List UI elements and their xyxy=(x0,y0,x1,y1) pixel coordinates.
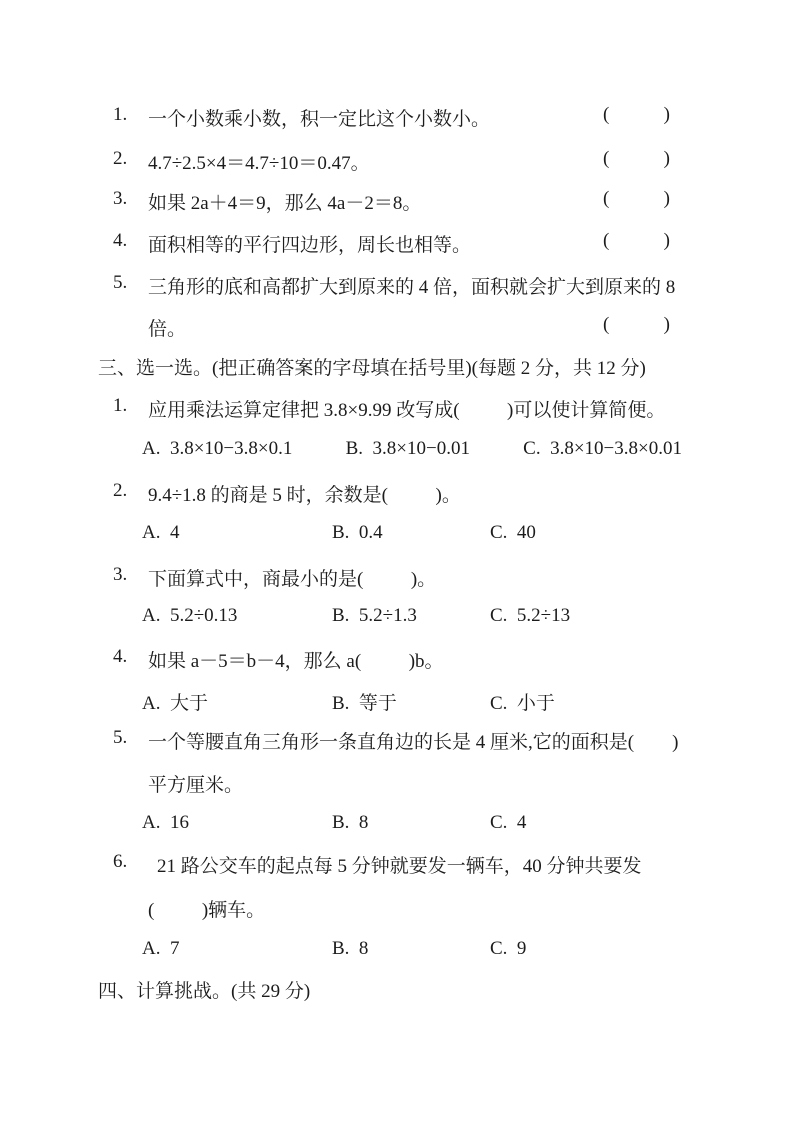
question-number: 1. xyxy=(113,395,127,417)
option-c: C. 5.2÷13 xyxy=(490,605,570,627)
question-text: 平方厘米。 xyxy=(148,770,243,797)
paren-close: ) xyxy=(664,314,670,336)
option-b: B. 等于 xyxy=(332,688,397,715)
choice-question-row: 3. 下面算式中，商最小的是( )。 xyxy=(0,564,793,591)
question-text: 一个小数乘小数，积一定比这个小数小。 xyxy=(148,104,490,131)
option-c: C. 40 xyxy=(490,522,536,544)
option-a: A. 3.8×10−3.8×0.1 xyxy=(142,438,292,460)
option-b: B. 8 xyxy=(332,938,368,960)
option-b: B. 8 xyxy=(332,812,368,834)
answer-paren: ( ) xyxy=(603,104,670,126)
option-a: A. 16 xyxy=(142,812,189,834)
paren-open: ( xyxy=(603,148,609,170)
answer-paren: ( ) xyxy=(603,148,670,170)
choice-question-row: 4. 如果 a－5＝b－4，那么 a( )b。 xyxy=(0,646,793,673)
question-number: 2. xyxy=(113,148,127,170)
question-text: 应用乘法运算定律把 3.8×9.99 改写成( )可以使计算简便。 xyxy=(148,395,665,422)
choice-question-row-continued: ( )辆车。 xyxy=(0,895,793,922)
choice-options-row: A. 大于 B. 等于 C. 小于 xyxy=(0,688,793,715)
paren-close: ) xyxy=(664,230,670,252)
question-text: 倍。 xyxy=(148,314,186,341)
option-c: C. 4 xyxy=(490,812,526,834)
option-b: B. 3.8×10−0.01 xyxy=(346,438,470,460)
section-header: 三、选一选。(把正确答案的字母填在括号里)(每题 2 分，共 12 分) xyxy=(98,353,646,380)
exam-document: 1. 一个小数乘小数，积一定比这个小数小。 ( ) 2. 4.7÷2.5×4＝4… xyxy=(0,0,793,1122)
choice-question-row: 6. 21 路公交车的起点每 5 分钟就要发一辆车，40 分钟共要发 xyxy=(0,851,793,878)
option-b: B. 5.2÷1.3 xyxy=(332,605,417,627)
paren-close: ) xyxy=(664,148,670,170)
question-text: 一个等腰直角三角形一条直角边的长是 4 厘米,它的面积是( ) xyxy=(148,727,678,754)
option-a: A. 大于 xyxy=(142,688,208,715)
question-number: 6. xyxy=(113,851,127,873)
question-number: 1. xyxy=(113,104,127,126)
paren-open: ( xyxy=(603,104,609,126)
question-text: 三角形的底和高都扩大到原来的 4 倍，面积就会扩大到原来的 8 xyxy=(148,272,675,299)
question-number: 5. xyxy=(113,272,127,294)
question-text: 9.4÷1.8 的商是 5 时，余数是( )。 xyxy=(148,480,461,507)
section-header: 四、计算挑战。(共 29 分) xyxy=(98,976,310,1003)
option-a: A. 5.2÷0.13 xyxy=(142,605,237,627)
judge-question-row: 1. 一个小数乘小数，积一定比这个小数小。 ( ) xyxy=(0,104,793,131)
option-b: B. 0.4 xyxy=(332,522,383,544)
question-number: 3. xyxy=(113,188,127,210)
question-number: 3. xyxy=(113,564,127,586)
option-c: C. 9 xyxy=(490,938,526,960)
question-number: 4. xyxy=(113,230,127,252)
question-number: 5. xyxy=(113,727,127,749)
paren-open: ( xyxy=(603,314,609,336)
question-text: 如果 a－5＝b－4，那么 a( )b。 xyxy=(148,646,444,673)
option-c: C. 小于 xyxy=(490,688,555,715)
question-text: 面积相等的平行四边形，周长也相等。 xyxy=(148,230,471,257)
question-number: 2. xyxy=(113,480,127,502)
judge-question-row: 5. 三角形的底和高都扩大到原来的 4 倍，面积就会扩大到原来的 8 xyxy=(0,272,793,299)
paren-close: ) xyxy=(664,188,670,210)
answer-paren: ( ) xyxy=(603,188,670,210)
choice-question-row: 2. 9.4÷1.8 的商是 5 时，余数是( )。 xyxy=(0,480,793,507)
choice-options-row: A. 3.8×10−3.8×0.1 B. 3.8×10−0.01 C. 3.8×… xyxy=(0,438,793,465)
section-header-row: 四、计算挑战。(共 29 分) xyxy=(0,976,793,1003)
option-a: A. 7 xyxy=(142,938,179,960)
question-text: 4.7÷2.5×4＝4.7÷10＝0.47。 xyxy=(148,148,370,175)
answer-paren: ( ) xyxy=(603,314,670,336)
choice-options-row: A. 5.2÷0.13 B. 5.2÷1.3 C. 5.2÷13 xyxy=(0,605,793,632)
question-text: 如果 2a＋4＝9，那么 4a－2＝8。 xyxy=(148,188,421,215)
choice-question-row: 5. 一个等腰直角三角形一条直角边的长是 4 厘米,它的面积是( ) xyxy=(0,727,793,754)
judge-question-row: 2. 4.7÷2.5×4＝4.7÷10＝0.47。 ( ) xyxy=(0,148,793,175)
paren-close: ) xyxy=(664,104,670,126)
choice-question-row-continued: 平方厘米。 xyxy=(0,770,793,797)
paren-open: ( xyxy=(603,230,609,252)
paren-open: ( xyxy=(603,188,609,210)
options-wide: A. 3.8×10−3.8×0.1 B. 3.8×10−0.01 C. 3.8×… xyxy=(142,438,682,460)
question-text: 下面算式中，商最小的是( )。 xyxy=(148,564,436,591)
judge-question-row-continued: 倍。 ( ) xyxy=(0,314,793,341)
choice-options-row: A. 4 B. 0.4 C. 40 xyxy=(0,522,793,549)
option-a: A. 4 xyxy=(142,522,179,544)
answer-paren: ( ) xyxy=(603,230,670,252)
choice-options-row: A. 16 B. 8 C. 4 xyxy=(0,812,793,839)
judge-question-row: 4. 面积相等的平行四边形，周长也相等。 ( ) xyxy=(0,230,793,257)
option-c: C. 3.8×10−3.8×0.01 xyxy=(523,438,682,460)
question-number: 4. xyxy=(113,646,127,668)
judge-question-row: 3. 如果 2a＋4＝9，那么 4a－2＝8。 ( ) xyxy=(0,188,793,215)
question-text: ( )辆车。 xyxy=(148,895,265,922)
question-text: 21 路公交车的起点每 5 分钟就要发一辆车，40 分钟共要发 xyxy=(157,851,642,878)
choice-options-row: A. 7 B. 8 C. 9 xyxy=(0,938,793,965)
section-header-row: 三、选一选。(把正确答案的字母填在括号里)(每题 2 分，共 12 分) xyxy=(0,353,793,380)
choice-question-row: 1. 应用乘法运算定律把 3.8×9.99 改写成( )可以使计算简便。 xyxy=(0,395,793,422)
